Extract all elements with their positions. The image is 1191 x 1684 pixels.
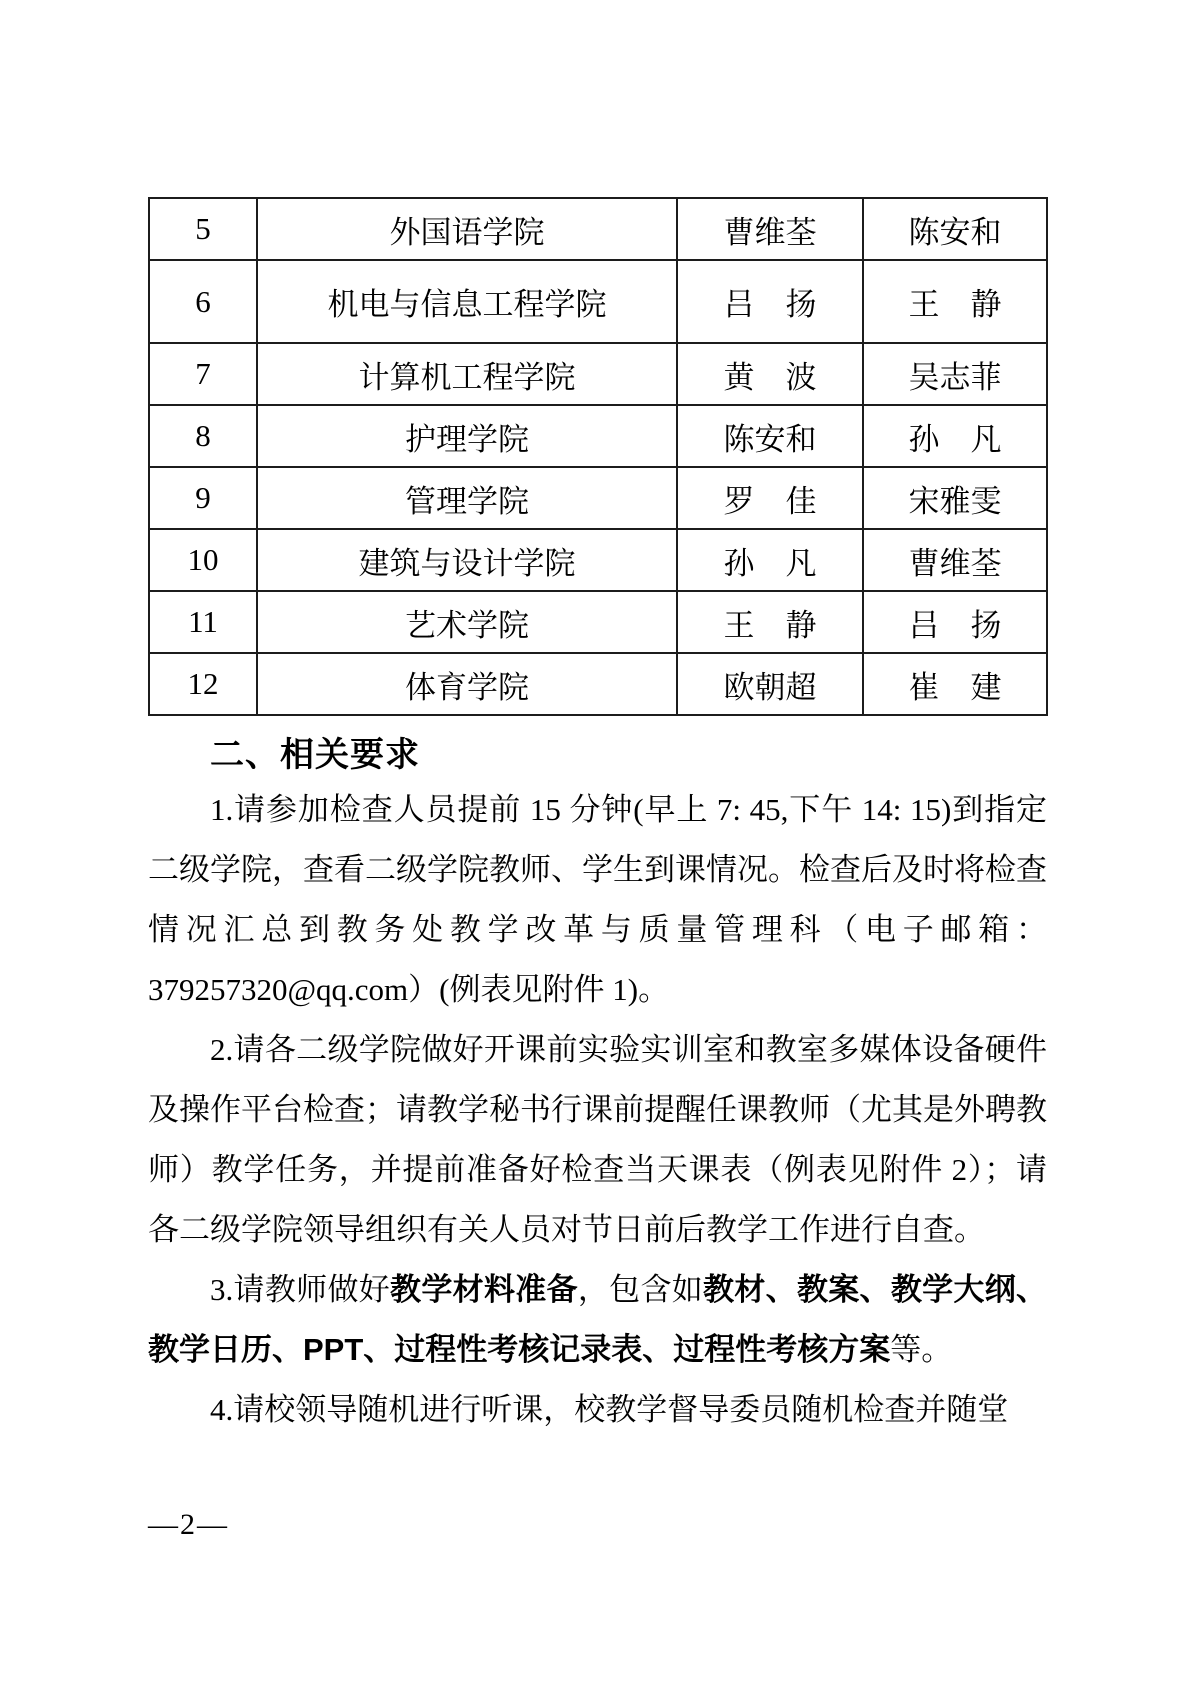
paragraph-3: 3.请教师做好教学材料准备，包含如教材、教案、教学大纲、教学日历、PPT、过程性… [148,1260,1047,1380]
inspector-b-cell: 孙 凡 [863,405,1047,467]
table-row: 12体育学院欧朝超崔 建 [149,653,1047,715]
paragraph-3-segment: 3.请教师做好 [210,1272,390,1307]
inspector-b-cell: 宋雅雯 [863,467,1047,529]
section-heading: 二、相关要求 [148,735,1047,775]
college-cell: 机电与信息工程学院 [257,260,677,343]
college-cell: 建筑与设计学院 [257,529,677,591]
table-row: 6机电与信息工程学院吕 扬王 静 [149,260,1047,343]
row-number-cell: 12 [149,653,257,715]
table-row: 10建筑与设计学院孙 凡曹维荃 [149,529,1047,591]
paragraph-3-segment: 等。 [890,1332,952,1367]
inspector-a-cell: 罗 佳 [677,467,863,529]
row-number-cell: 8 [149,405,257,467]
inspector-b-cell: 崔 建 [863,653,1047,715]
inspection-assignment-table: 5外国语学院曹维荃陈安和 6机电与信息工程学院吕 扬王 静 7计算机工程学院黄 … [148,197,1048,716]
inspector-b-cell: 吕 扬 [863,591,1047,653]
inspector-a-cell: 陈安和 [677,405,863,467]
college-cell: 护理学院 [257,405,677,467]
paragraph-1: 1.请参加检查人员提前 15 分钟(早上 7: 45,下午 14: 15)到指定… [148,780,1047,1020]
document-page: 5外国语学院曹维荃陈安和 6机电与信息工程学院吕 扬王 静 7计算机工程学院黄 … [0,0,1191,1684]
paragraph-3-segment: ，包含如 [578,1272,703,1307]
inspector-b-cell: 曹维荃 [863,529,1047,591]
inspector-b-cell: 陈安和 [863,198,1047,260]
inspector-a-cell: 王 静 [677,591,863,653]
row-number-cell: 10 [149,529,257,591]
inspector-a-cell: 吕 扬 [677,260,863,343]
table-row: 9管理学院罗 佳宋雅雯 [149,467,1047,529]
paragraph-2: 2.请各二级学院做好开课前实验实训室和教室多媒体设备硬件及操作平台检查；请教学秘… [148,1020,1047,1260]
row-number-cell: 7 [149,343,257,405]
inspector-a-cell: 黄 波 [677,343,863,405]
body-text: 1.请参加检查人员提前 15 分钟(早上 7: 45,下午 14: 15)到指定… [148,780,1047,1440]
row-number-cell: 6 [149,260,257,343]
inspector-a-cell: 曹维荃 [677,198,863,260]
inspector-b-cell: 吴志菲 [863,343,1047,405]
inspector-a-cell: 孙 凡 [677,529,863,591]
college-cell: 体育学院 [257,653,677,715]
row-number-cell: 11 [149,591,257,653]
college-cell: 计算机工程学院 [257,343,677,405]
table-row: 11艺术学院王 静吕 扬 [149,591,1047,653]
college-cell: 外国语学院 [257,198,677,260]
table-row: 7计算机工程学院黄 波吴志菲 [149,343,1047,405]
page-number: —2— [148,1508,229,1542]
table-row: 8护理学院陈安和孙 凡 [149,405,1047,467]
row-number-cell: 9 [149,467,257,529]
row-number-cell: 5 [149,198,257,260]
inspector-a-cell: 欧朝超 [677,653,863,715]
college-cell: 管理学院 [257,467,677,529]
table-row: 5外国语学院曹维荃陈安和 [149,198,1047,260]
college-cell: 艺术学院 [257,591,677,653]
paragraph-4: 4.请校领导随机进行听课，校教学督导委员随机检查并随堂 [148,1380,1047,1440]
paragraph-3-bold-segment: 教学材料准备 [390,1272,578,1307]
inspector-b-cell: 王 静 [863,260,1047,343]
